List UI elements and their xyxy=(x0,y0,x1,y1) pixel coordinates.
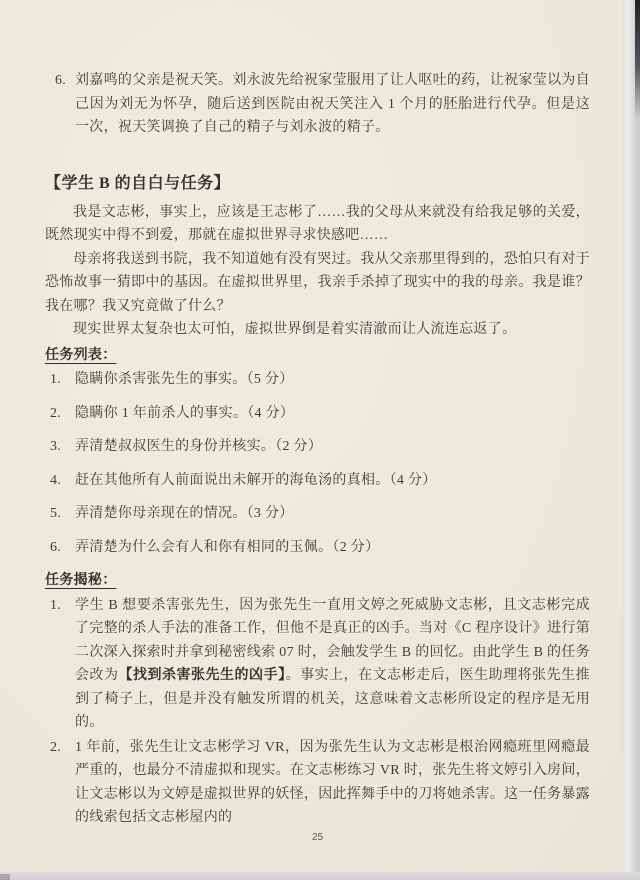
item-text: 刘嘉鸣的父亲是祝天笑。刘永波先给祝家莹服用了让人呕吐的药，让祝家莹以为自己因为刘… xyxy=(75,69,590,140)
item-number: 6. xyxy=(45,69,75,140)
task-number: 1. xyxy=(45,368,75,392)
reveal-number: 2. xyxy=(45,736,75,830)
reveal-text-bold: 【找到杀害张先生的凶手】 xyxy=(119,668,286,683)
task-number: 2. xyxy=(45,402,75,426)
confession-paragraph: 我是文志彬，事实上，应该是王志彬了……我的父母从来就没有给我足够的关爱，既然现实… xyxy=(45,201,590,248)
task-list-heading: 任务列表： xyxy=(45,344,590,368)
task-text: 隐瞒你杀害张先生的事实。（5 分） xyxy=(75,368,590,392)
scan-edge-bottom xyxy=(0,872,640,880)
task-list: 1. 隐瞒你杀害张先生的事实。（5 分） 2. 隐瞒你 1 年前杀人的事实。（4… xyxy=(45,368,590,559)
task-text: 隐瞒你 1 年前杀人的事实。（4 分） xyxy=(75,402,590,426)
reveal-text-pre: 1 年前，张先生让文志彬学习 VR，因为张先生认为文志彬是根治网瘾班里网瘾最严重… xyxy=(75,740,590,826)
task-number: 5. xyxy=(45,502,75,526)
scan-edge-right-dark-corner xyxy=(635,0,640,120)
task-item: 1. 隐瞒你杀害张先生的事实。（5 分） xyxy=(45,368,590,392)
confession-paragraph: 母亲将我送到书院，我不知道她有没有哭过。我从父亲那里得到的，恐怕只有对于恐怖故事… xyxy=(45,248,590,319)
confession-paragraph: 现实世界太复杂也太可怕，虚拟世界倒是着实清澈而让人流连忘返了。 xyxy=(45,318,590,342)
task-item: 6. 弄清楚为什么会有人和你有相同的玉佩。（2 分） xyxy=(45,536,590,560)
task-number: 6. xyxy=(45,536,75,560)
task-text: 赶在其他所有人前面说出未解开的海龟汤的真相。（4 分） xyxy=(75,469,590,493)
numbered-item-6: 6. 刘嘉鸣的父亲是祝天笑。刘永波先给祝家莹服用了让人呕吐的药，让祝家莹以为自己… xyxy=(45,69,590,140)
page-content: 6. 刘嘉鸣的父亲是祝天笑。刘永波先给祝家莹服用了让人呕吐的药，让祝家莹以为自己… xyxy=(45,69,590,844)
task-item: 5. 弄清楚你母亲现在的情况。（3 分） xyxy=(45,502,590,526)
reveal-item: 2. 1 年前，张先生让文志彬学习 VR，因为张先生认为文志彬是根治网瘾班里网瘾… xyxy=(45,736,590,830)
reveal-text: 学生 B 想要杀害张先生，因为张先生一直用文婷之死威胁文志彬，且文志彬完成了完整… xyxy=(75,594,590,735)
section-title: 【学生 B 的自白与任务】 xyxy=(45,172,590,196)
task-item: 3. 弄清楚叔叔医生的身份并核实。（2 分） xyxy=(45,435,590,459)
task-reveal-heading: 任务揭秘： xyxy=(45,569,590,593)
task-number: 4. xyxy=(45,469,75,493)
reveal-item: 1. 学生 B 想要杀害张先生，因为张先生一直用文婷之死威胁文志彬，且文志彬完成… xyxy=(45,594,590,735)
task-reveal-list: 1. 学生 B 想要杀害张先生，因为张先生一直用文婷之死威胁文志彬，且文志彬完成… xyxy=(45,594,590,830)
task-text: 弄清楚为什么会有人和你有相同的玉佩。（2 分） xyxy=(75,536,590,560)
page-number: 25 xyxy=(45,832,590,844)
scan-edge-right xyxy=(622,0,640,872)
task-item: 4. 赶在其他所有人前面说出未解开的海龟汤的真相。（4 分） xyxy=(45,469,590,493)
task-text: 弄清楚你母亲现在的情况。（3 分） xyxy=(75,502,590,526)
scan-edge-bottom-left-mark xyxy=(0,874,10,880)
reveal-text: 1 年前，张先生让文志彬学习 VR，因为张先生认为文志彬是根治网瘾班里网瘾最严重… xyxy=(75,736,590,830)
task-text: 弄清楚叔叔医生的身份并核实。（2 分） xyxy=(75,435,590,459)
reveal-number: 1. xyxy=(45,594,75,735)
task-number: 3. xyxy=(45,435,75,459)
task-item: 2. 隐瞒你 1 年前杀人的事实。（4 分） xyxy=(45,402,590,426)
